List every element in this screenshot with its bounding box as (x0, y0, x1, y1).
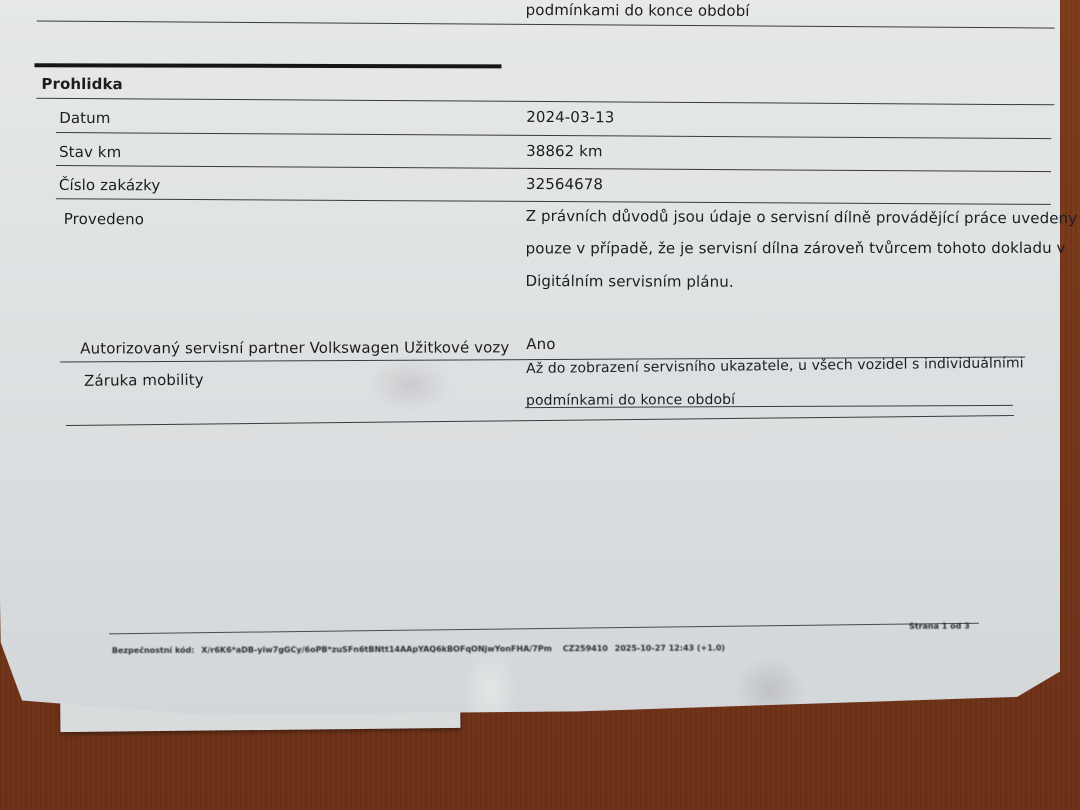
divider-row (56, 165, 1051, 172)
security-code: X/r6K6*aDB-yiw7gGCy/6oPB*zuSFn6tBNtt14AA… (201, 644, 552, 655)
divider-section (36, 98, 1054, 106)
row-label-stav-km: Stav km (59, 143, 121, 161)
row-value-datum: 2024-03-13 (526, 108, 614, 126)
security-code-line: Bezpečnostní kód: X/r6K6*aDB-yiw7gGCy/6o… (112, 643, 725, 656)
subrow-label-autorizovany-partner: Autorizovaný servisní partner Volkswagen… (80, 338, 509, 357)
footer-rule (109, 623, 979, 635)
divider-top (37, 20, 1055, 28)
row-value-cislo-zakazky: 32564678 (526, 175, 603, 193)
divider-row (56, 132, 1051, 139)
footer-timestamp: 2025-10-27 12:43 (+1.0) (615, 643, 725, 652)
row-label-provedeno: Provedeno (64, 210, 144, 228)
row-label-cislo-zakazky: Číslo zakázky (59, 176, 161, 194)
section-title: Prohlidka (41, 75, 122, 93)
document-id: CZ259410 (563, 644, 608, 653)
subrow-value-autorizovany-partner: Ano (526, 335, 555, 353)
service-record-document: podmínkami do konce období Prohlidka Dat… (0, 0, 1080, 810)
row-value-provedeno-line-2: pouze v případě, že je servisní dílna zá… (526, 239, 1066, 257)
row-value-provedeno-line-3: Digitálním servisním plánu. (525, 272, 733, 291)
divider-row (56, 198, 1051, 205)
security-code-label: Bezpečnostní kód: (112, 646, 195, 655)
row-value-provedeno-line-1: Z právních důvodů jsou údaje o servisní … (526, 207, 1077, 227)
row-label-datum: Datum (59, 109, 110, 127)
continued-text-top: podmínkami do konce období (526, 1, 750, 20)
divider-subrow-bottom (66, 415, 1014, 426)
page-indicator: Strana 1 od 3 (909, 622, 970, 632)
row-value-stav-km: 38862 km (526, 142, 603, 160)
subrow-label-zaruka-mobility: Záruka mobility (84, 371, 204, 390)
section-thick-rule (34, 63, 501, 68)
